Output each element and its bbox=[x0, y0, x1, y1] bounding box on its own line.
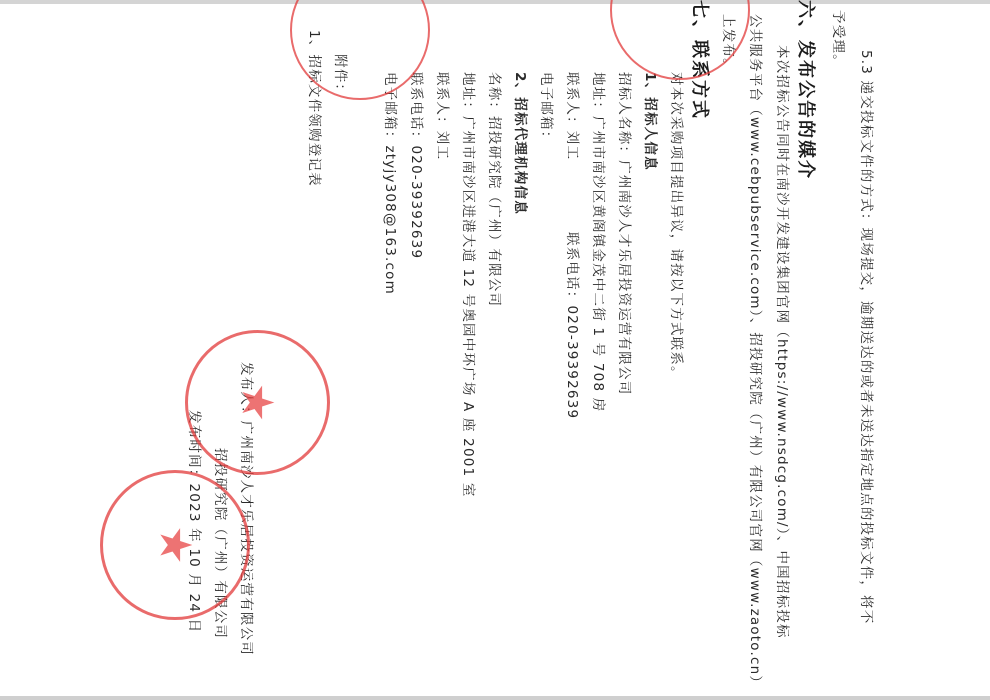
tenderer-contact: 联系人：刘工 bbox=[564, 72, 584, 160]
agency-email: 电子邮箱：ztyjy308@163.com bbox=[382, 72, 402, 295]
tenderer-email: 电子邮箱： bbox=[538, 72, 558, 146]
document-page: 5.3 递交投标文件的方式：现场提交，逾期送达的或者未送达指定地点的投标文件，将… bbox=[0, 0, 990, 700]
section6-para-line2: 公共服务平台（www.cebpubservice.com）、招投研究院（广州）有… bbox=[747, 14, 767, 690]
section6-title: 六、发布公告的媒介 bbox=[794, 0, 820, 180]
agency-heading: 2、招标代理机构信息 bbox=[512, 72, 532, 215]
company-seal-stamp: ★ bbox=[185, 330, 330, 475]
item-5-3-cont: 予受理。 bbox=[830, 10, 850, 69]
tenderer-phone: 联系电话：020-39392639 bbox=[564, 232, 584, 419]
tenderer-name: 招标人名称：广州南沙人才乐居投资运营有限公司 bbox=[616, 72, 636, 395]
agency-contact: 联系人：刘工 bbox=[434, 72, 454, 160]
agency-phone: 联系电话：020-39392639 bbox=[408, 72, 428, 259]
section6-para-line1: 本次招标公告同时在南沙开发建设集团官网（https://www.nsdcg.co… bbox=[774, 45, 794, 639]
tenderer-heading: 1、招标人信息 bbox=[642, 72, 662, 171]
star-icon: ★ bbox=[232, 383, 283, 422]
item-5-3: 5.3 递交投标文件的方式：现场提交，逾期送达的或者未送达指定地点的投标文件，将… bbox=[858, 50, 878, 624]
star-icon: ★ bbox=[150, 525, 201, 564]
tenderer-address: 地址：广州市南沙区黄阁镇金茂中二街 1 号 708 房 bbox=[590, 72, 610, 412]
agency-name: 名称：招投研究院（广州）有限公司 bbox=[486, 72, 506, 307]
agency-address: 地址：广州市南沙区进港大道 12 号奥园中环广场 A 座 2001 室 bbox=[460, 72, 480, 498]
agency-seal-stamp: ★ bbox=[100, 470, 250, 620]
section7-intro: 对本次采购项目提出异议，请按以下方式联系。 bbox=[668, 72, 688, 381]
